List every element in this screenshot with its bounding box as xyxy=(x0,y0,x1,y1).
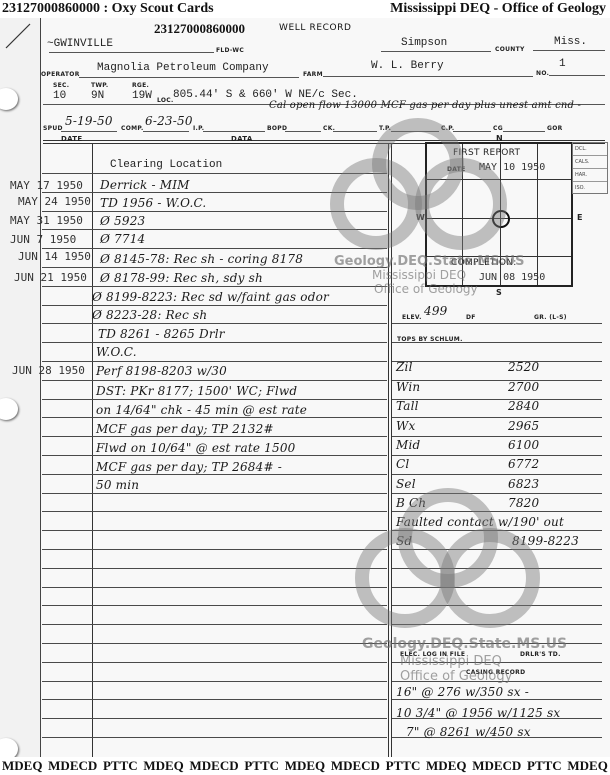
log-entry: Clearing Location xyxy=(110,159,222,171)
ip-note: Cal open flow 13000 MCF gas per day plus… xyxy=(269,100,581,111)
operator-name: Magnolia Petroleum Company xyxy=(97,62,269,74)
grid-cell: CALS. xyxy=(573,156,607,169)
tp-label: T.P. xyxy=(379,125,391,132)
twp-label: TWP. xyxy=(91,82,109,89)
top-name: Mid xyxy=(396,438,420,452)
log-entry: Ø 8178-99: Rec sh, sdy sh xyxy=(100,271,263,285)
county-name: Simpson xyxy=(401,37,447,49)
sec-value: 10 xyxy=(53,90,66,102)
first-report-date: MAY 10 1950 xyxy=(479,162,545,173)
log-entry: Ø 8199-8223: Rec sd w/faint gas odor xyxy=(92,290,329,304)
log-entry: Ø 7714 xyxy=(100,232,145,246)
top-name: Win xyxy=(396,380,420,394)
farm-label: FARM xyxy=(303,71,323,78)
casing-entry: 10 3/4" @ 1956 w/1125 sx xyxy=(396,706,560,720)
first-report-label: FIRST REPORT xyxy=(453,148,520,158)
elec-log-label: ELEC. LOG IN FILE xyxy=(400,651,465,658)
plat-south: S xyxy=(496,288,502,297)
elev-label: ELEV. xyxy=(402,314,422,321)
comp-label: COMP. xyxy=(121,125,144,132)
top-name: Sel xyxy=(396,477,416,491)
gr-label: GR. (L-S) xyxy=(534,314,567,321)
casing-entry: 16" @ 276 w/350 sx - xyxy=(396,685,529,699)
footer-item: MDEQ xyxy=(2,757,42,775)
log-entry: Ø 5923 xyxy=(100,214,145,228)
footer-item: PTTC xyxy=(244,757,279,775)
farm-name: W. L. Berry xyxy=(371,60,444,72)
elev-value: 499 xyxy=(424,304,448,318)
footer-item: MDECD xyxy=(472,757,521,775)
top-depth: 2700 xyxy=(508,380,539,394)
spud-date: 5-19-50 xyxy=(65,114,113,128)
log-date: MAY 31 1950 xyxy=(10,214,83,227)
form-title: WELL RECORD xyxy=(279,23,352,33)
field-label: FLD-WC xyxy=(216,47,244,54)
log-date: JUN 14 1950 xyxy=(18,250,91,263)
log-entry: TD 8261 - 8265 Drlr xyxy=(98,327,225,341)
well-no: 1 xyxy=(559,58,566,70)
top-name: Tall xyxy=(396,399,419,413)
plat-east: E xyxy=(577,213,583,222)
top-name: B Ch xyxy=(396,496,426,510)
log-entry: Flwd on 10/64" @ est rate 1500 xyxy=(96,441,296,455)
first-report-date-label: DATE xyxy=(447,166,466,173)
rge-label: RGE. xyxy=(132,82,149,89)
punch-hole-icon xyxy=(0,398,18,420)
scout-card-scan: 23127000860000 WELL RECORD ~GWINVILLE FL… xyxy=(0,18,610,757)
section-plat: FIRST REPORT DATE MAY 10 1950 COMPLETION… xyxy=(425,142,573,287)
top-depth: 8199-8223 xyxy=(512,534,579,548)
tops-header: TOPS BY SCHLUM. xyxy=(397,336,463,343)
footer-item: PTTC xyxy=(386,757,421,775)
gor-label: GOR xyxy=(547,125,563,132)
county-label: COUNTY xyxy=(495,46,525,53)
top-depth: 2520 xyxy=(508,360,539,374)
grid-cell: HAR. xyxy=(573,169,607,182)
api-number: 23127000860000 xyxy=(154,21,245,37)
spud-label: SPUD xyxy=(43,125,63,132)
twp-value: 9N xyxy=(91,90,104,102)
well-no-label: NO. xyxy=(536,70,549,77)
footer-item: MDEQ xyxy=(285,757,325,775)
log-entry: on 14/64" chk - 45 min @ est rate xyxy=(96,403,307,417)
log-date: JUN 7 1950 xyxy=(10,233,76,246)
plat-west: W xyxy=(416,213,425,222)
completion-label: COMPLETION: xyxy=(451,258,517,268)
footer-item: MDECD xyxy=(331,757,380,775)
casing-header: CASING RECORD xyxy=(466,669,525,676)
sec-label: SEC. xyxy=(53,82,69,89)
comp-date: 6-23-50 xyxy=(145,114,193,128)
footer-item: MDEQ xyxy=(426,757,466,775)
log-date: JUN 21 1950 xyxy=(14,271,87,284)
data-column-header: DATA xyxy=(231,135,253,143)
footer-item: MDEQ xyxy=(567,757,607,775)
cg-label: CG xyxy=(493,125,503,132)
loc-label: LOC. xyxy=(157,97,174,104)
log-entry: DST: PKr 8177; 1500' WC; Flwd xyxy=(96,384,297,398)
log-entry: TD 1956 - W.O.C. xyxy=(100,196,206,210)
completion-date: JUN 08 1950 xyxy=(479,272,545,283)
punch-hole-icon xyxy=(0,88,18,110)
log-entry: 50 min xyxy=(96,478,139,492)
footer-item: MDEQ xyxy=(143,757,183,775)
log-date: JUN 28 1950 xyxy=(12,364,85,377)
drlrs-td-label: DRLR'S TD. xyxy=(520,651,561,658)
log-check-grid: DCL. CALS. HAR. ISO. xyxy=(572,142,608,194)
corner-mark-icon xyxy=(4,22,34,52)
log-entry: MCF gas per day; TP 2684# - xyxy=(96,460,282,474)
field-name: ~GWINVILLE xyxy=(47,38,113,50)
log-entry: MCF gas per day; TP 2132# xyxy=(96,422,274,436)
top-depth: 6772 xyxy=(508,457,539,471)
punch-hole-icon xyxy=(0,738,18,757)
footer-item: MDECD xyxy=(48,757,97,775)
log-entry: Derrick - MIM xyxy=(100,178,190,192)
top-depth: 6100 xyxy=(508,438,539,452)
footer-item: MDECD xyxy=(190,757,239,775)
top-depth: 2840 xyxy=(508,399,539,413)
footer-banner: MDEQ MDECD PTTC MDEQ MDECD PTTC MDEQ MDE… xyxy=(0,757,610,775)
footer-item: PTTC xyxy=(527,757,562,775)
log-entry: Ø 8223-28: Rec sh xyxy=(92,308,207,322)
top-name: Sd xyxy=(396,534,412,548)
log-entry: Ø 8145-78: Rec sh - coring 8178 xyxy=(100,252,303,266)
top-name: Zil xyxy=(396,360,413,374)
log-date: MAY 24 1950 xyxy=(18,195,91,208)
operator-label: OPERATOR xyxy=(41,71,80,78)
df-label: DF xyxy=(466,314,476,321)
top-depth: 6823 xyxy=(508,477,539,491)
grid-cell: ISO. xyxy=(573,182,607,195)
top-name: Cl xyxy=(396,457,409,471)
well-location-icon xyxy=(492,210,510,228)
top-depth: 7820 xyxy=(508,496,539,510)
state-name: Miss. xyxy=(554,36,587,48)
top-depth: 2965 xyxy=(508,419,539,433)
rge-value: 19W xyxy=(132,90,152,102)
top-name: Wx xyxy=(396,419,416,433)
log-entry: W.O.C. xyxy=(96,345,137,359)
log-date: MAY 17 1950 xyxy=(10,179,83,192)
casing-entry: 7" @ 8261 w/450 sx xyxy=(406,725,531,739)
log-entry: Perf 8198-8203 w/30 xyxy=(96,364,227,378)
grid-cell: DCL. xyxy=(573,143,607,156)
date-column-header: DATE xyxy=(61,135,82,143)
top-name: Faulted contact w/190' out xyxy=(396,515,564,529)
footer-item: PTTC xyxy=(103,757,138,775)
